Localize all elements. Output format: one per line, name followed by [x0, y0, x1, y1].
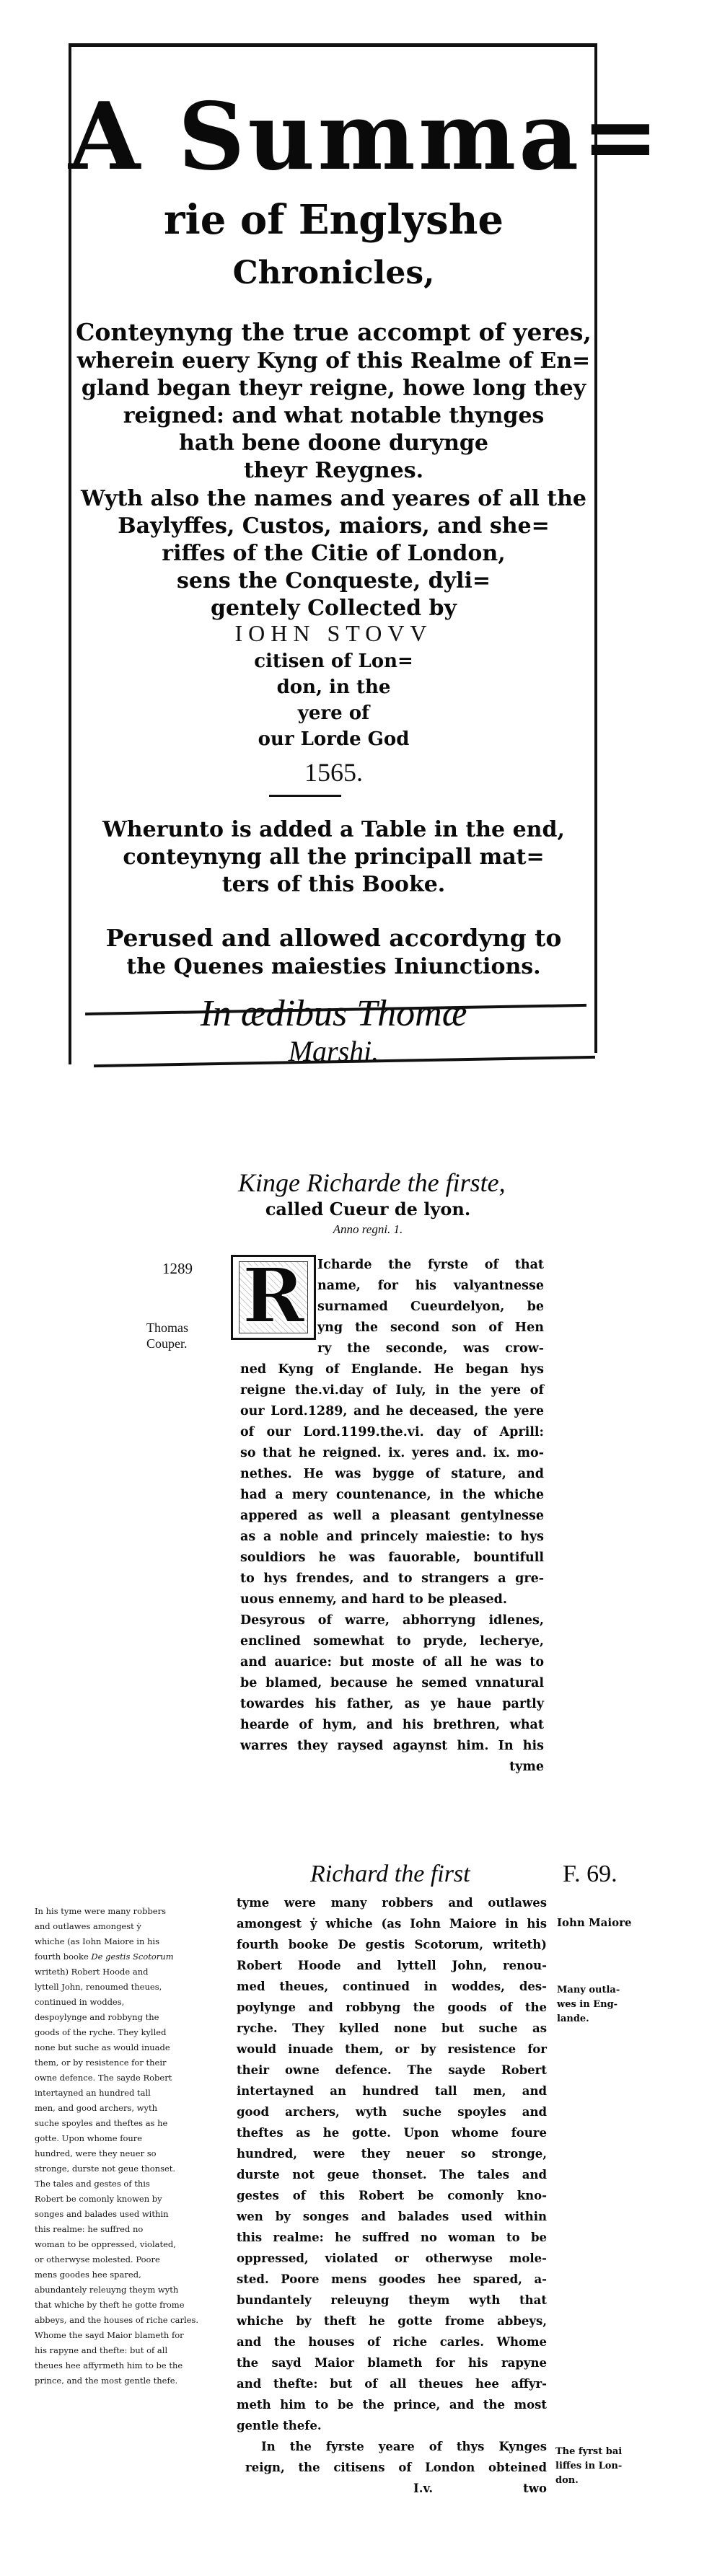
running-title: Richard the first: [310, 1861, 470, 1888]
text-line: oppressed, violated or otherwyse mole-: [237, 2248, 547, 2269]
text-line: amongest ẏ whiche (as Iohn Maiore in his: [237, 1913, 547, 1934]
text-line: surnamed Cueurdelyon, be: [317, 1297, 544, 1318]
also-line: Wyth also the names and yeares of all th…: [69, 485, 599, 513]
text-line: this realme: he suffred no woman to be: [237, 2227, 547, 2248]
transcription-line: gotte. Upon whome foure: [35, 2131, 204, 2146]
transcription-line: Whome the sayd Maior blameth for: [35, 2328, 204, 2343]
table-note-line: Wherunto is added a Table in the end,: [69, 816, 599, 844]
text-line: had a mery countenance, in the whiche: [240, 1485, 544, 1506]
text-line: our Lord.1289, and he deceased, the yere: [240, 1401, 544, 1422]
year-underline: [269, 795, 341, 797]
text-line: meth him to be the prince, and the most: [237, 2394, 547, 2415]
text-line: be blamed, because he semed vnnatural: [240, 1673, 544, 1694]
side-note-bailiffs-line: liffes in Lon-: [555, 2459, 622, 2474]
text-line: fourth booke De gestis Scotorum, writeth…: [237, 1934, 547, 1955]
transcription-line: that whiche by theft he gotte frome: [35, 2298, 204, 2313]
side-note-john-maiore: Iohn Maiore: [557, 1915, 632, 1930]
title-page-border-right-end: [594, 1010, 597, 1050]
transcription-line: fourth booke De gestis Scotorum: [35, 1949, 204, 1964]
page-folio-69: Richard the first F. 69. In his tyme wer…: [0, 1832, 712, 2576]
text-line: sted. Poore mens goodes hee spared, a-: [237, 2269, 547, 2290]
description-line: gland began theyr reigne, howe long they: [69, 375, 599, 402]
text-line: yng the second son of Hen: [317, 1318, 544, 1338]
transcription-line: intertayned an hundred tall: [35, 2086, 204, 2101]
side-note-outlawes-line: lande.: [557, 2012, 589, 2026]
margin-name-line: Couper.: [146, 1336, 188, 1351]
transcription-line: suche spoyles and theftes as he: [35, 2116, 204, 2131]
transcription-line: and outlawes amongest ẏ: [35, 1919, 204, 1934]
transcription-line: men, and good archers, wyth: [35, 2101, 204, 2116]
body-text: ned Kyng of Englande. He began hys reign…: [240, 1359, 544, 1778]
description-line: hath bene doone durynge: [69, 430, 599, 457]
text-line: and the houses of riche carles. Whome: [237, 2332, 547, 2352]
transcription-line: owne defence. The sayde Robert: [35, 2070, 204, 2086]
text-line: and auarice: but moste of all he was to: [240, 1652, 544, 1673]
transcription-line: woman to be oppressed, violated,: [35, 2237, 204, 2252]
text-line: warres they raysed agaynst him. In his: [240, 1736, 544, 1757]
text-line: tyme were many robbers and outlawes: [237, 1892, 547, 1913]
transcription-line: this realme: he suffred no: [35, 2222, 204, 2237]
page-richard-first: Kinge Richarde the firste, called Cueur …: [0, 1154, 712, 1803]
text-line: med theues, continued in woddes, des-: [237, 1976, 547, 1997]
transcription-line: lyttell John, renoumed theues,: [35, 1980, 204, 1995]
transcription-line: or otherwyse molested. Poore: [35, 2252, 204, 2267]
regnal-year: Anno regni. 1.: [238, 1222, 498, 1238]
text-line: poylynge and robbyng the goods of the: [237, 1997, 547, 2018]
transcription-line: despoylynge and robbyng the: [35, 2010, 204, 2025]
margin-year: 1289: [162, 1261, 193, 1276]
text-line: ryche. They kylled none but suche as: [237, 2018, 547, 2039]
side-note-bailiffs-line: The fyrst bai: [555, 2445, 622, 2459]
author-desc-line: yere of: [69, 700, 599, 727]
title-page-border-left-end: [69, 1010, 71, 1064]
transcription-line: theues hee affyrmeth him to be the: [35, 2358, 204, 2373]
body-text: tyme were many robbers and outlawes amon…: [237, 1892, 547, 2499]
transcription-line: The tales and gestes of this: [35, 2176, 204, 2192]
transcription-line: his rapyne and thefte: but of all: [35, 2343, 204, 2358]
text-line: whiche by theft he gotte frome abbeys,: [237, 2311, 547, 2332]
transcription-line: whiche (as Iohn Maiore in his: [35, 1934, 204, 1949]
license-note-line: Perused and allowed accordyng to: [69, 925, 599, 952]
body-text-beside-initial: Icharde the fyrste of that name, for his…: [317, 1255, 544, 1359]
transcription-line: mens goodes hee spared,: [35, 2267, 204, 2282]
transcription-line: songes and balades used within: [35, 2207, 204, 2222]
side-note-bailiffs-line: don.: [555, 2474, 579, 2488]
table-note-line: conteynyng all the principall mat=: [69, 844, 599, 871]
license-note-line: the Quenes maiesties Iniunctions.: [69, 953, 599, 981]
text-line: ry the seconde, was crow-: [317, 1338, 544, 1359]
text-line: nethes. He was bygge of stature, and: [240, 1464, 544, 1485]
side-note-outlawes-line: wes in Eng-: [557, 1998, 617, 2012]
description-line: Conteynyng the true accompt of yeres,: [69, 319, 599, 346]
text-line: to hys frendes, and to strangers a gre-: [240, 1569, 544, 1589]
catchword: tyme: [240, 1757, 544, 1778]
publication-year: 1565.: [69, 757, 599, 788]
margin-name-line: Thomas: [146, 1320, 188, 1336]
author-desc-line: citisen of Lon=: [69, 648, 599, 675]
text-line: good archers, wyth suche spoyles and: [237, 2101, 547, 2122]
book-title: De gestis Scotorum: [91, 1951, 173, 1962]
text-line: appered as well a pleasant gentylnesse: [240, 1506, 544, 1527]
decorated-initial: R: [231, 1255, 316, 1340]
text-line: Robert Hoode and lyttell John, renou-: [237, 1955, 547, 1976]
text-line: uous ennemy, and hard to be pleased.: [240, 1589, 544, 1610]
text-line: as a noble and princely maiestie: to hys: [240, 1527, 544, 1548]
text-line: gentle thefe.: [237, 2415, 547, 2436]
subtitle: called Cueur de lyon.: [238, 1199, 498, 1220]
transcription-line: them, or by resistence for their: [35, 2055, 204, 2070]
text-line: enclined somewhat to pryde, lecherye,: [240, 1631, 544, 1652]
text-line: bundantely releuyng theym wyth that: [237, 2290, 547, 2311]
author-desc-line: don, in the: [69, 674, 599, 701]
signature-mark: I.v.: [413, 2478, 433, 2499]
text-line: souldiors he was fauorable, bountifull: [240, 1548, 544, 1569]
author-name: IOHN STOVV: [69, 620, 599, 647]
text-line: of our Lord.1199.the.vi. day of Aprill:: [240, 1422, 544, 1443]
also-line: gentely Collected by: [69, 595, 599, 622]
text-line: would inuade them, or by resistence for: [237, 2039, 547, 2060]
title-page: A Summa= rie of Englyshe Chronicles, Con…: [69, 43, 599, 1057]
text-line: durste not geue thonset. The tales and: [237, 2164, 547, 2185]
text-line: and thefte: but of all theues hee affyr-: [237, 2373, 547, 2394]
text-line: the sayd Maior blameth for his rapyne: [237, 2352, 547, 2373]
table-note-line: ters of this Booke.: [69, 871, 599, 899]
folio-number: F. 69.: [563, 1861, 617, 1888]
transcription-line: stronge, durste not geue thonset.: [35, 2161, 204, 2176]
text-line: towardes his father, as ye haue partly: [240, 1694, 544, 1715]
text-line: wen by songes and balades used within: [237, 2206, 547, 2227]
text-line: gestes of this Robert be comonly kno-: [237, 2185, 547, 2206]
transcription-line: abundantely releuyng theym wyth: [35, 2282, 204, 2298]
side-note-outlawes-line: Many outla-: [557, 1983, 620, 1998]
transcription-line: prince, and the most gentle thefe.: [35, 2373, 204, 2388]
also-line: Baylyffes, Custos, maiors, and she=: [69, 513, 599, 540]
description-line: theyr Reygnes.: [69, 457, 599, 485]
drop-cap-letter: R: [233, 1253, 314, 1339]
transcription-line: continued in woddes,: [35, 1995, 204, 2010]
description-line: wherein euery Kyng of this Realme of En=: [69, 348, 599, 375]
transcription-line: goods of the ryche. They kylled: [35, 2025, 204, 2040]
text-line: theftes as he gotte. Upon whome foure: [237, 2122, 547, 2143]
text-line: ned Kyng of Englande. He began hys: [240, 1359, 544, 1380]
text-line: In the fyrste yeare of thys Kynges: [237, 2436, 547, 2457]
text-line: their owne defence. The sayde Robert: [237, 2060, 547, 2081]
title-line-2: rie of Englyshe: [69, 196, 599, 244]
also-line: riffes of the Citie of London,: [69, 540, 599, 568]
text-line: hundred, were they neuer so stronge,: [237, 2143, 547, 2164]
text-line: Icharde the fyrste of that: [317, 1255, 544, 1276]
text-line: reign, the citisens of London obteined: [237, 2457, 547, 2478]
text-line: reigne the.vi.day of Iuly, in the yere o…: [240, 1380, 544, 1401]
catchword: two: [523, 2478, 547, 2499]
text-line: so that he reigned. ix. yeres and. ix. m…: [240, 1443, 544, 1464]
signature-line: I.v. two: [237, 2478, 547, 2499]
also-line: sens the Conqueste, dyli=: [69, 568, 599, 595]
transcription-line: none but suche as would inuade: [35, 2040, 204, 2055]
transcription-line: abbeys, and the houses of riche carles.: [35, 2313, 204, 2328]
title-line-1: A Summa=: [69, 83, 599, 191]
modern-transcription: In his tyme were many robbers and outlaw…: [35, 1904, 204, 2388]
transcription-line: In his tyme were many robbers: [35, 1904, 204, 1919]
transcription-line: hundred, were they neuer so: [35, 2146, 204, 2161]
description-line: reigned: and what notable thynges: [69, 402, 599, 430]
title-line-3: Chronicles,: [69, 254, 599, 293]
running-title: Kinge Richarde the firste,: [238, 1167, 498, 1199]
text-line: name, for his valyantnesse: [317, 1276, 544, 1297]
text-line: hearde of hym, and his brethren, what: [240, 1715, 544, 1736]
transcription-line: Robert be comonly knowen by: [35, 2192, 204, 2207]
transcription-line: writeth) Robert Hoode and: [35, 1964, 204, 1980]
text-line: intertayned an hundred tall men, and: [237, 2081, 547, 2101]
author-desc-line: our Lorde God: [69, 725, 599, 753]
text-line: Desyrous of warre, abhorryng idlenes,: [240, 1610, 544, 1631]
